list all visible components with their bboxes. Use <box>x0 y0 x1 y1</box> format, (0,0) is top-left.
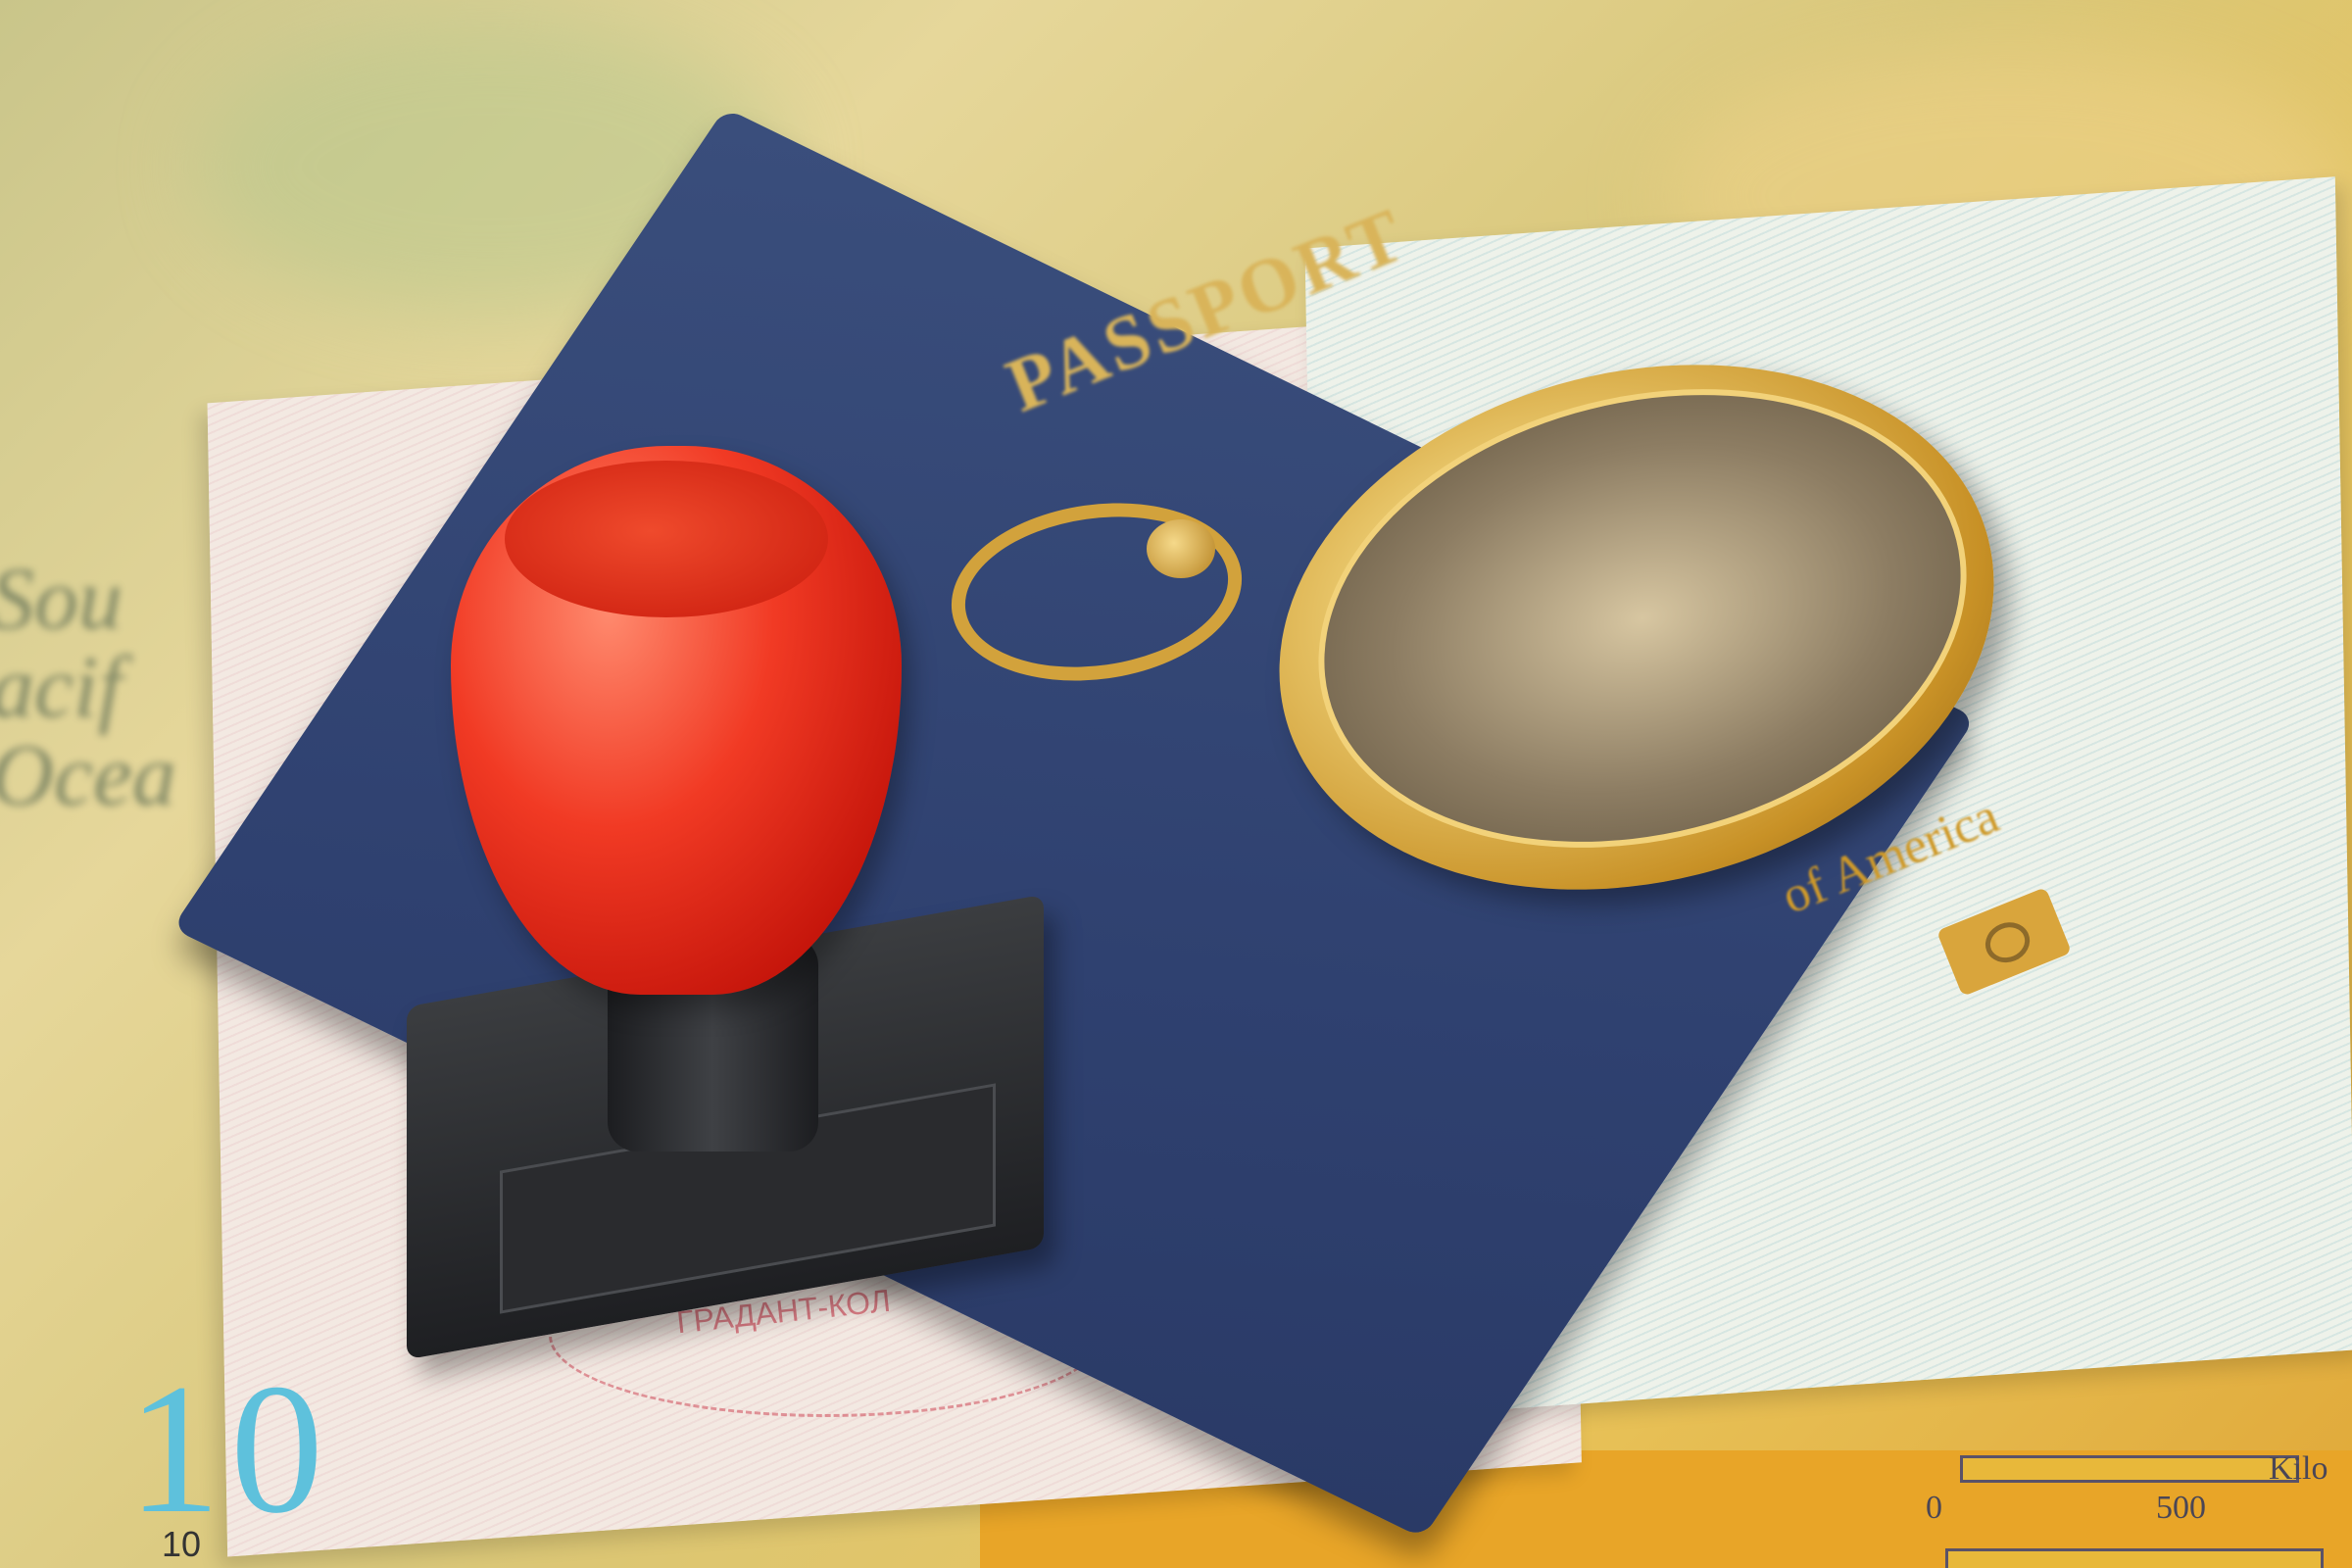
page-number-small: 10 <box>162 1524 201 1565</box>
scale-bar <box>1960 1455 2299 1483</box>
scale-label-zero: 0 <box>1926 1490 1942 1527</box>
scale-label-500: 500 <box>2156 1490 2206 1527</box>
compass-bow <box>1147 519 1215 578</box>
page-number-large: 10 <box>127 1343 333 1556</box>
scale-label-unit: Kilo <box>2269 1450 2327 1488</box>
rubber-stamp-top <box>505 461 828 617</box>
scale-bar <box>1945 1548 2324 1568</box>
